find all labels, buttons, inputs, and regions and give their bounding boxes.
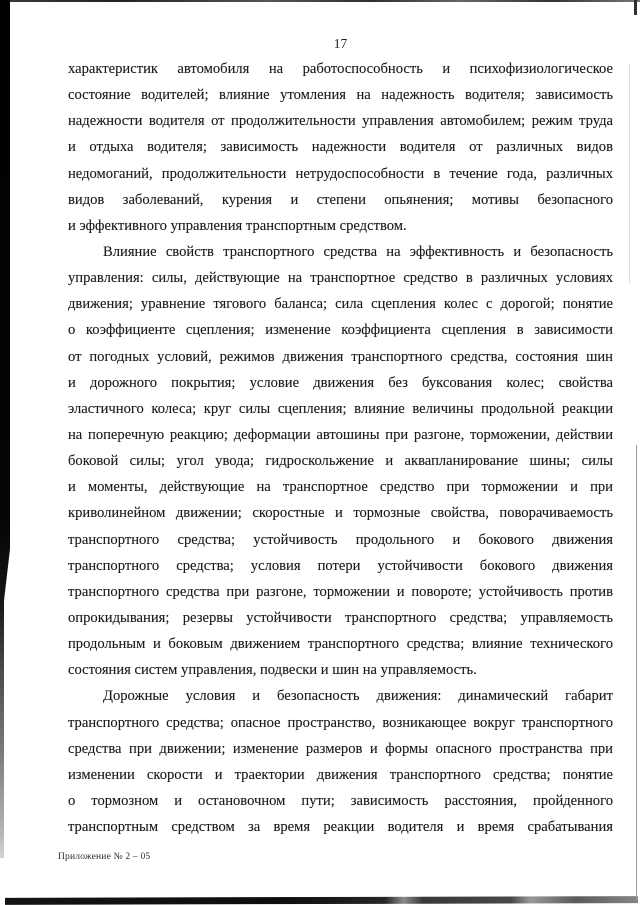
- text-line: управления: силы, действующие на транспо…: [68, 265, 613, 291]
- scan-edge-bottom: [5, 896, 638, 905]
- text-line: транспортного средства; устойчивость про…: [68, 527, 613, 553]
- scan-edge-top: [0, 0, 640, 2]
- text-line: движения; уравнение тягового баланса; си…: [68, 291, 613, 317]
- text-line: боковой силы; угол увода; гидроскольжени…: [68, 448, 613, 474]
- text-line: эластичного колеса; круг силы сцепления;…: [68, 396, 613, 422]
- text-line: недомоганий, продолжительности нетрудосп…: [68, 161, 613, 187]
- text-line-paragraph-start: Влияние свойств транспортного средства н…: [68, 239, 613, 265]
- text-line: и отдыха водителя; зависимость надежност…: [68, 134, 613, 160]
- text-line-paragraph-end: состояния систем управления, подвески и …: [68, 657, 613, 683]
- text-line: транспортного средства; опасное простран…: [68, 710, 613, 736]
- text-line: транспортным средством за время реакции …: [68, 814, 613, 840]
- text-line: транспортного средства при разгоне, торм…: [68, 579, 613, 605]
- footer-note: Приложение № 2 – 05: [58, 852, 150, 862]
- document-body: характеристик автомобиля на работоспособ…: [68, 56, 613, 840]
- page-edge-line: [629, 64, 630, 284]
- scan-edge-left: [0, 0, 10, 858]
- text-line: и моменты, действующие на транспортное с…: [68, 474, 613, 500]
- text-line: видов заболеваний, курения и степени опь…: [68, 187, 613, 213]
- page-number: 17: [68, 36, 613, 52]
- text-line-paragraph-end: и эффективного управления транспортным с…: [68, 213, 613, 239]
- text-line: от погодных условий, режимов движения тр…: [68, 344, 613, 370]
- text-line: транспортного средства; условия потери у…: [68, 553, 613, 579]
- text-line: о коэффициенте сцепления; изменение коэф…: [68, 317, 613, 343]
- text-line: продольным и боковым движением транспорт…: [68, 631, 613, 657]
- text-line: надежности водителя от продолжительности…: [68, 108, 613, 134]
- text-line: средства при движении; изменение размеро…: [68, 736, 613, 762]
- text-line-paragraph-start: Дорожные условия и безопасность движения…: [68, 683, 613, 709]
- text-line: состояние водителей; влияние утомления н…: [68, 82, 613, 108]
- scan-corner-tick: [634, 0, 637, 15]
- text-line: криволинейном движении; скоростные и тор…: [68, 500, 613, 526]
- text-line: изменении скорости и траектории движения…: [68, 762, 613, 788]
- text-line: и дорожного покрытия; условие движения б…: [68, 370, 613, 396]
- text-line: на поперечную реакцию; деформации автоши…: [68, 422, 613, 448]
- scan-edge-right: [636, 445, 637, 900]
- text-line: о тормозном и остановочном пути; зависим…: [68, 788, 613, 814]
- text-line: характеристик автомобиля на работоспособ…: [68, 56, 613, 82]
- text-line: опрокидывания; резервы устойчивости тран…: [68, 605, 613, 631]
